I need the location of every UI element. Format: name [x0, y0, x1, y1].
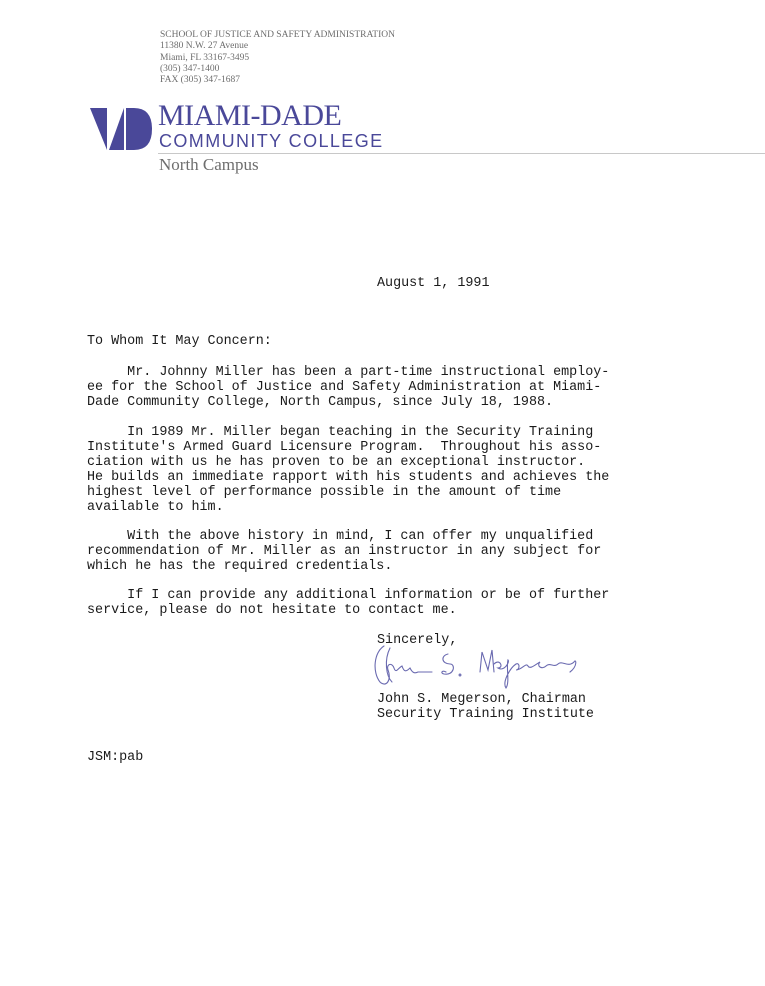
md-logo-icon	[90, 108, 152, 150]
signature-image	[370, 642, 585, 692]
street-address: 11380 N.W. 27 Avenue	[160, 41, 395, 52]
signer-organization: Security Training Institute	[377, 707, 594, 722]
salutation: To Whom It May Concern:	[87, 334, 272, 349]
college-subtitle: COMMUNITY COLLEGE	[159, 131, 384, 151]
school-name: SCHOOL OF JUSTICE AND SAFETY ADMINISTRAT…	[160, 30, 395, 41]
paragraph-recommendation: With the above history in mind, I can of…	[87, 529, 687, 574]
paragraph-teaching: In 1989 Mr. Miller began teaching in the…	[87, 425, 687, 515]
campus-name: North Campus	[159, 155, 259, 175]
paragraph-employment: Mr. Johnny Miller has been a part-time i…	[87, 365, 687, 410]
city-state-zip: Miami, FL 33167-3495	[160, 53, 395, 64]
reference-initials: JSM:pab	[87, 750, 143, 765]
fax-number: FAX (305) 347-1687	[160, 75, 395, 86]
header-divider	[158, 153, 765, 154]
school-address: SCHOOL OF JUSTICE AND SAFETY ADMINISTRAT…	[160, 30, 395, 86]
signer-name: John S. Megerson, Chairman	[377, 692, 586, 707]
phone-number: (305) 347-1400	[160, 64, 395, 75]
college-name: MIAMI-DADE	[158, 101, 341, 131]
paragraph-contact: If I can provide any additional informat…	[87, 588, 687, 618]
letter-date: August 1, 1991	[377, 276, 490, 291]
